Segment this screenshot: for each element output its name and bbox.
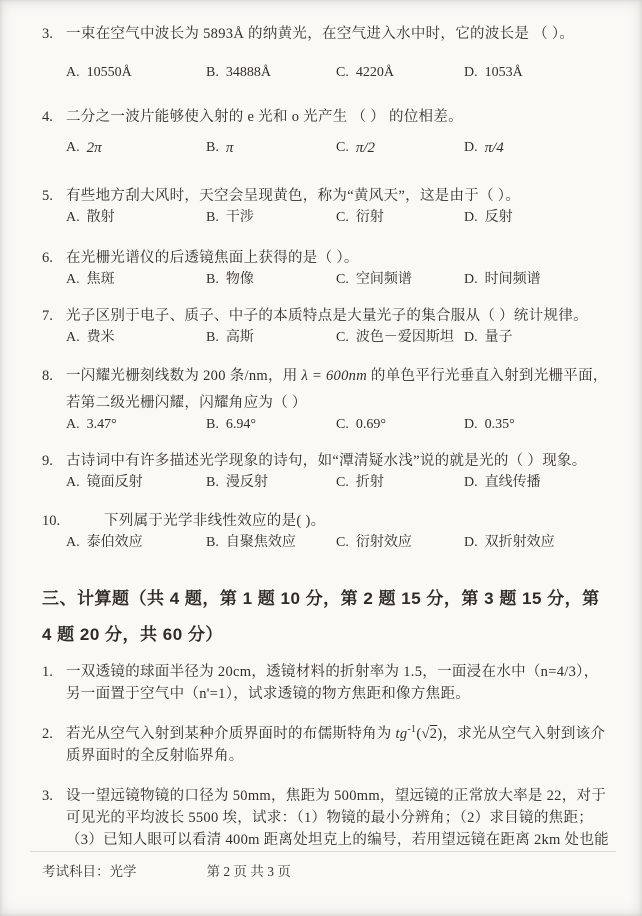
footer-page-info: 第 2 页 共 3 页 [207, 860, 291, 880]
question-text-line2: 若第二级光栅闪耀，闪耀角应为（ ） [66, 393, 612, 414]
question-text: 在光栅光谱仪的后透镜焦面上获得的是（ ）。 [66, 248, 612, 269]
question-number: 10. [42, 511, 104, 532]
option-label: D. [464, 63, 478, 83]
calc-question-number: 3. [42, 785, 66, 851]
arctan-function: tg [396, 726, 408, 742]
options-row: A.镜面反射 B.漫反射 C.折射 D.直线传播 [66, 473, 612, 493]
option-text: 10550Å [87, 63, 132, 83]
option-label: C. [336, 328, 349, 348]
option-text: 1053Å [485, 63, 523, 83]
question-text: 一束在空气中波长为 5893Å 的纳黄光，在空气进入水中时，它的波长是 （ ）。 [66, 24, 612, 45]
option-b: B.高斯 [206, 328, 336, 348]
wavelength-formula: λ = 600nm [301, 368, 367, 384]
question-text: 二分之一波片能够使入射的 e 光和 o 光产生 （ ） 的位相差。 [66, 107, 612, 128]
option-text: 6.94° [226, 415, 256, 435]
option-text: 2π [87, 138, 102, 158]
option-label: C. [336, 270, 349, 290]
option-label: D. [464, 473, 478, 493]
question-8: 8. 一闪耀光栅刻线数为 200 条/nm，用 λ = 600nm 的单色平行光… [42, 366, 612, 435]
option-a: A.2π [66, 138, 206, 158]
option-a: A.散射 [66, 208, 206, 228]
option-label: D. [464, 138, 478, 158]
option-text: π [226, 138, 234, 158]
option-text: 空间频谱 [356, 270, 412, 290]
option-text: 高斯 [226, 328, 254, 348]
page-footer: 考试科目：光学 第 2 页 共 3 页 [30, 851, 616, 880]
option-c: C.4220Å [336, 63, 464, 83]
option-text: 散射 [87, 208, 115, 228]
calc-question-text: 若光从空气入射到某种介质界面时的布儒斯特角为 tg-1(√2)，求光从空气入射到… [66, 723, 612, 767]
option-d: D.时间频谱 [464, 270, 549, 290]
question-3: 3. 一束在空气中波长为 5893Å 的纳黄光，在空气进入水中时，它的波长是 （… [42, 24, 612, 83]
option-text: 0.35° [485, 415, 515, 435]
question-9: 9. 古诗词中有许多描述光学现象的诗句，如“潭清疑水浅”说的就是光的（ ）现象。… [42, 451, 612, 493]
option-d: D.1053Å [464, 63, 531, 83]
option-label: D. [464, 208, 478, 228]
calc-question-1: 1. 一双透镜的球面半径为 20cm，透镜材料的折射率为 1.5，一面浸在水中（… [42, 661, 612, 705]
option-label: C. [336, 208, 349, 228]
option-a: A.镜面反射 [66, 473, 206, 493]
calc-question-3: 3. 设一望远镜物镜的口径为 50mm，焦距为 500mm，望远镜的正常放大率是… [42, 785, 612, 851]
option-text: 反射 [485, 208, 513, 228]
option-b: B.34888Å [206, 63, 336, 83]
question-10: 10. 下列属于光学非线性效应的是( )。 A.泰伯效应 B.自聚焦效应 C.衍… [42, 511, 612, 553]
question-6: 6. 在光栅光谱仪的后透镜焦面上获得的是（ ）。 A.焦斑 B.物像 C.空间频… [42, 248, 612, 290]
option-text: 4220Å [356, 63, 394, 83]
option-label: C. [336, 533, 349, 553]
question-line: 6. 在光栅光谱仪的后透镜焦面上获得的是（ ）。 [42, 248, 612, 269]
option-text: 3.47° [87, 415, 117, 435]
question-text: 有些地方刮大风时，天空会呈现黄色，称为“黄风天”，这是由于（ ）。 [66, 186, 612, 207]
question-number: 4. [42, 107, 66, 128]
option-d: D.0.35° [464, 415, 523, 435]
option-label: A. [66, 138, 80, 158]
option-text: π/4 [485, 138, 504, 158]
question-text-post: 的单色平行光垂直入射到光栅平面， [367, 368, 608, 384]
question-text: 一闪耀光栅刻线数为 200 条/nm，用 λ = 600nm 的单色平行光垂直入… [66, 366, 612, 387]
option-a: A.费米 [66, 328, 206, 348]
option-text: π/2 [356, 138, 375, 158]
option-label: B. [206, 415, 219, 435]
option-d: D.量子 [464, 328, 521, 348]
option-d: D.π/4 [464, 138, 512, 158]
question-text: 下列属于光学非线性效应的是( )。 [104, 511, 612, 532]
option-c: C.空间频谱 [336, 270, 464, 290]
option-text: 折射 [356, 473, 384, 493]
option-label: A. [66, 415, 80, 435]
options-row: A.10550Å B.34888Å C.4220Å D.1053Å [66, 63, 612, 83]
option-text: 0.69° [356, 415, 386, 435]
calc-question-text: 一双透镜的球面半径为 20cm，透镜材料的折射率为 1.5，一面浸在水中（n=4… [66, 661, 612, 705]
options-row: A.3.47° B.6.94° C.0.69° D.0.35° [66, 415, 612, 435]
option-text: 衍射效应 [356, 533, 412, 553]
footer-exam-subject: 考试科目：光学 [42, 860, 137, 880]
option-d: D.直线传播 [464, 473, 549, 493]
option-d: D.反射 [464, 208, 521, 228]
option-label: A. [66, 473, 80, 493]
option-text: 衍射 [356, 208, 384, 228]
calc-question-number: 1. [42, 661, 66, 705]
option-text: 量子 [485, 328, 513, 348]
option-label: A. [66, 208, 80, 228]
option-text: 直线传播 [485, 473, 541, 493]
option-label: D. [464, 270, 478, 290]
option-text: 泰伯效应 [87, 533, 143, 553]
question-number: 5. [42, 186, 66, 207]
question-number: 7. [42, 306, 66, 327]
options-row: A.泰伯效应 B.自聚焦效应 C.衍射效应 D.双折射效应 [66, 533, 612, 553]
option-b: B.物像 [206, 270, 336, 290]
radical-open: (√ [416, 726, 429, 742]
option-c: C.波色－爱因斯坦 [336, 328, 464, 348]
option-b: B.自聚焦效应 [206, 533, 336, 553]
option-label: C. [336, 63, 349, 83]
exam-paper-page: 3. 一束在空气中波长为 5893Å 的纳黄光，在空气进入水中时，它的波长是 （… [0, 0, 642, 916]
question-text: 光子区别于电子、质子、中子的本质特点是大量光子的集合服从（ ）统计规律。 [66, 306, 612, 327]
option-label: D. [464, 533, 478, 553]
calc-question-number: 2. [42, 723, 66, 767]
calc-question-text: 设一望远镜物镜的口径为 50mm，焦距为 500mm，望远镜的正常放大率是 22… [66, 785, 612, 851]
question-line: 4. 二分之一波片能够使入射的 e 光和 o 光产生 （ ） 的位相差。 [42, 107, 612, 128]
question-number: 6. [42, 248, 66, 269]
question-5: 5. 有些地方刮大风时，天空会呈现黄色，称为“黄风天”，这是由于（ ）。 A.散… [42, 186, 612, 228]
option-text: 时间频谱 [485, 270, 541, 290]
options-row: A.2π B.π C.π/2 D.π/4 [66, 138, 612, 158]
option-label: A. [66, 270, 80, 290]
options-row: A.散射 B.干涉 C.衍射 D.反射 [66, 208, 612, 228]
option-label: A. [66, 533, 80, 553]
option-b: B.π [206, 138, 336, 158]
option-text: 34888Å [226, 63, 271, 83]
option-a: A.泰伯效应 [66, 533, 206, 553]
calc-question-2: 2. 若光从空气入射到某种介质界面时的布儒斯特角为 tg-1(√2)，求光从空气… [42, 723, 612, 767]
option-c: C.π/2 [336, 138, 464, 158]
question-line: 9. 古诗词中有许多描述光学现象的诗句，如“潭清疑水浅”说的就是光的（ ）现象。 [42, 451, 612, 472]
question-line: 3. 一束在空气中波长为 5893Å 的纳黄光，在空气进入水中时，它的波长是 （… [42, 24, 612, 45]
option-label: D. [464, 415, 478, 435]
option-label: C. [336, 138, 349, 158]
option-label: C. [336, 473, 349, 493]
option-b: B.6.94° [206, 415, 336, 435]
option-label: A. [66, 63, 80, 83]
option-label: D. [464, 328, 478, 348]
option-label: B. [206, 533, 219, 553]
option-text: 焦斑 [87, 270, 115, 290]
question-text: 古诗词中有许多描述光学现象的诗句，如“潭清疑水浅”说的就是光的（ ）现象。 [66, 451, 612, 472]
option-text: 干涉 [226, 208, 254, 228]
option-c: C.衍射 [336, 208, 464, 228]
question-text-pre: 一闪耀光栅刻线数为 200 条/nm，用 [66, 368, 301, 384]
question-line: 10. 下列属于光学非线性效应的是( )。 [42, 511, 612, 532]
option-text: 双折射效应 [485, 533, 555, 553]
option-label: B. [206, 138, 219, 158]
question-line: 7. 光子区别于电子、质子、中子的本质特点是大量光子的集合服从（ ）统计规律。 [42, 306, 612, 327]
options-row: A.费米 B.高斯 C.波色－爱因斯坦 D.量子 [66, 328, 612, 348]
option-b: B.干涉 [206, 208, 336, 228]
question-line: 5. 有些地方刮大风时，天空会呈现黄色，称为“黄风天”，这是由于（ ）。 [42, 186, 612, 207]
option-text: 自聚焦效应 [226, 533, 296, 553]
option-a: A.10550Å [66, 63, 206, 83]
option-label: B. [206, 208, 219, 228]
option-text: 费米 [87, 328, 115, 348]
section-heading-calculation: 三、计算题（共 4 题，第 1 题 10 分，第 2 题 15 分，第 3 题 … [42, 581, 612, 653]
option-text: 物像 [226, 270, 254, 290]
option-c: C.0.69° [336, 415, 464, 435]
question-7: 7. 光子区别于电子、质子、中子的本质特点是大量光子的集合服从（ ）统计规律。 … [42, 306, 612, 348]
question-4: 4. 二分之一波片能够使入射的 e 光和 o 光产生 （ ） 的位相差。 A.2… [42, 107, 612, 158]
option-d: D.双折射效应 [464, 533, 563, 553]
option-label: B. [206, 473, 219, 493]
option-label: A. [66, 328, 80, 348]
question-number: 3. [42, 24, 66, 45]
option-label: C. [336, 415, 349, 435]
option-text: 漫反射 [226, 473, 268, 493]
option-text: 波色－爱因斯坦 [356, 328, 454, 348]
question-number: 9. [42, 451, 66, 472]
option-label: B. [206, 328, 219, 348]
option-c: C.折射 [336, 473, 464, 493]
option-label: B. [206, 63, 219, 83]
option-b: B.漫反射 [206, 473, 336, 493]
option-text: 镜面反射 [87, 473, 143, 493]
option-a: A.焦斑 [66, 270, 206, 290]
options-row: A.焦斑 B.物像 C.空间频谱 D.时间频谱 [66, 270, 612, 290]
option-label: B. [206, 270, 219, 290]
calc-text-pre: 若光从空气入射到某种介质界面时的布儒斯特角为 [66, 726, 396, 742]
question-number: 8. [42, 366, 66, 387]
option-c: C.衍射效应 [336, 533, 464, 553]
question-line: 8. 一闪耀光栅刻线数为 200 条/nm，用 λ = 600nm 的单色平行光… [42, 366, 612, 387]
option-a: A.3.47° [66, 415, 206, 435]
